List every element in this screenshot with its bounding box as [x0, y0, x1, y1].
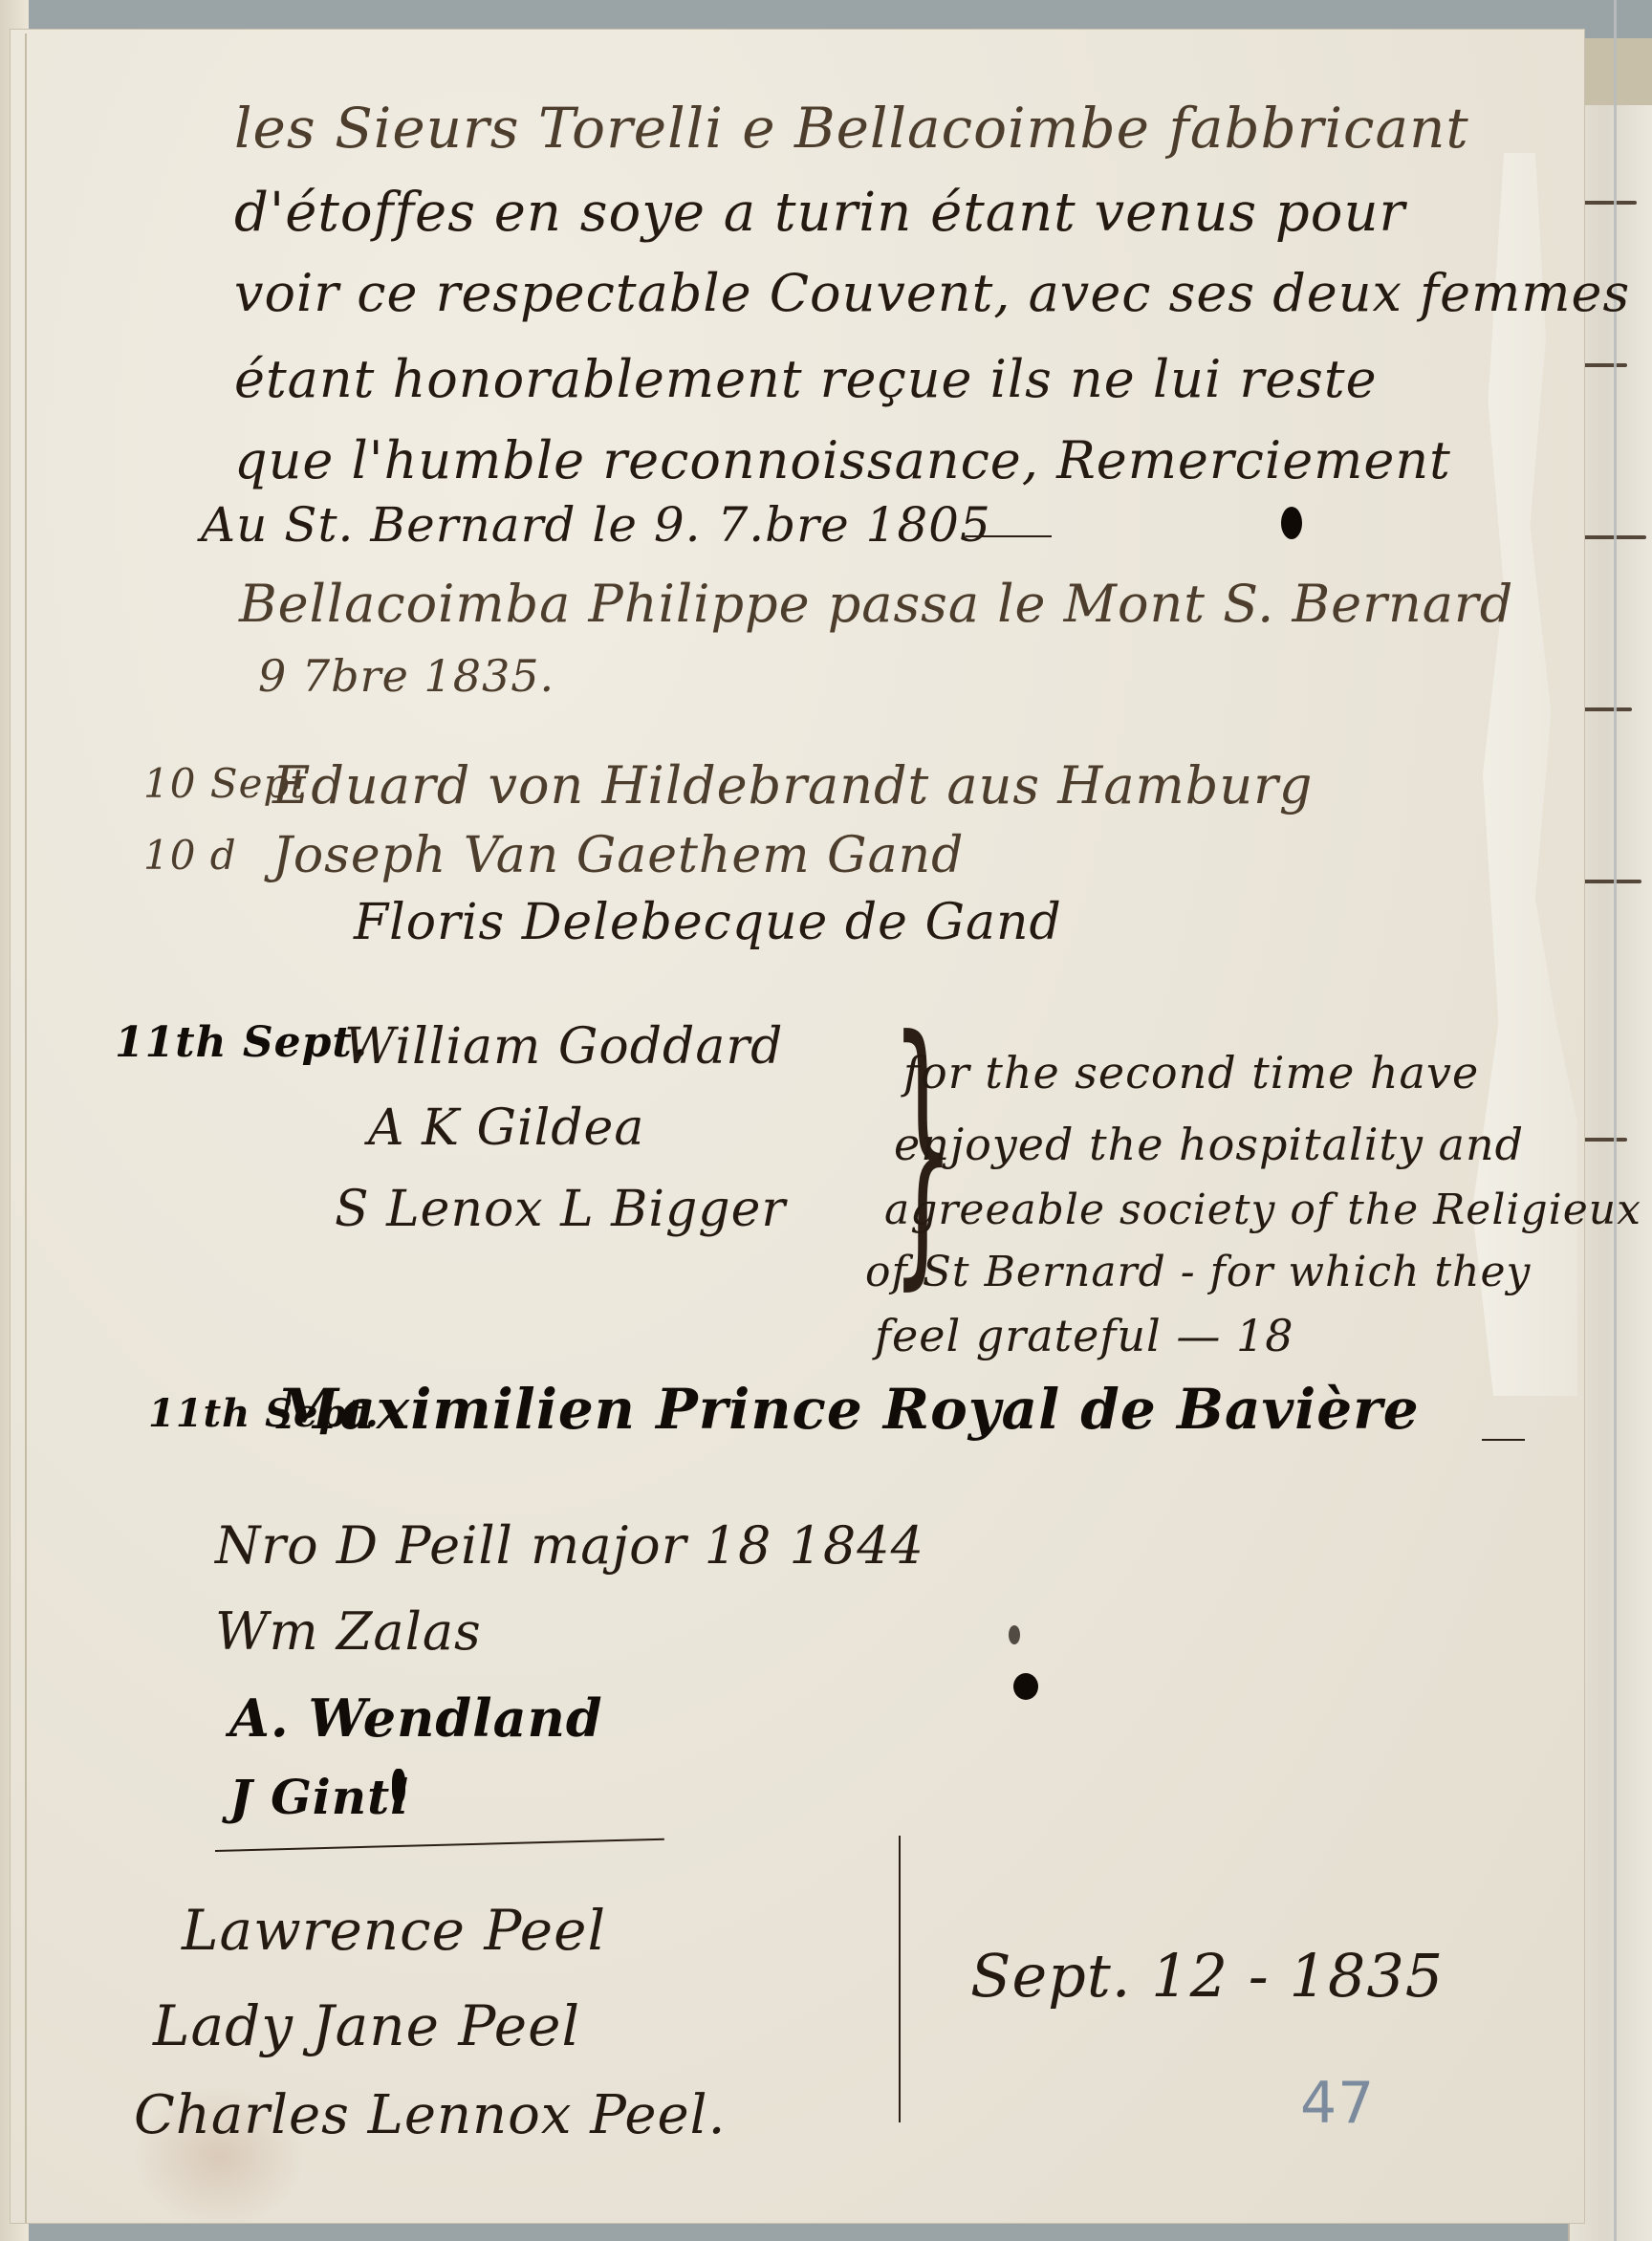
ink-blot	[1281, 507, 1302, 539]
underline-rule	[966, 535, 1052, 537]
entry-8-name-2: Lady Jane Peel	[153, 1993, 580, 2058]
entry-2-line-2: 9 7bre 1835.	[258, 650, 554, 702]
entry-5-name-2: A K Gildea	[368, 1099, 644, 1157]
adjacent-ink-stroke	[1579, 363, 1627, 367]
entry-6-name: Maximilien Prince Royal de Bavière	[277, 1377, 1420, 1442]
entry-7-line-3: A. Wendland	[229, 1687, 603, 1749]
entry-5-name-3: S Lenox L Bigger	[335, 1181, 786, 1238]
entry-7-line-2: Wm Zalas	[215, 1601, 482, 1662]
entry-4-name-2: Floris Delebecque de Gand	[354, 894, 1062, 951]
ink-blot	[1009, 1625, 1020, 1644]
entry-5-note-1: for the second time have	[903, 1047, 1479, 1099]
entry-5-note-2: enjoyed the hospitality and	[894, 1119, 1524, 1170]
vertical-divider-stroke	[899, 1836, 901, 2122]
entry-5-date: 11th Sept.	[115, 1018, 368, 1067]
entry-8-name-3: Charles Lennox Peel.	[134, 2084, 726, 2146]
entry-8-date: Sept. 12 - 1835	[970, 1941, 1444, 2011]
ink-blot	[1013, 1673, 1038, 1700]
entry-1-line-3: voir ce respectable Couvent, avec ses de…	[234, 263, 1630, 323]
adjacent-ink-stroke	[1579, 201, 1637, 205]
ink-blot	[392, 1769, 405, 1803]
entry-4-name-1: Joseph Van Gaethem Gand	[272, 827, 964, 884]
entry-5-note-5: feel grateful — 18	[875, 1310, 1294, 1361]
adjacent-ink-stroke	[1579, 707, 1632, 711]
adjacent-ink-stroke	[1579, 880, 1641, 883]
entry-1-line-1: les Sieurs Torelli e Bellacoimbe fabbric…	[234, 96, 1469, 161]
entry-8-name-1: Lawrence Peel	[182, 1898, 606, 1963]
entry-5-note-4: of St Bernard - for which they	[865, 1248, 1531, 1296]
entry-7-line-4: J Gintl	[229, 1769, 409, 1825]
flourish-rule	[1482, 1439, 1525, 1441]
entry-1-date-line: Au St. Bernard le 9. 7.bre 1805	[201, 497, 991, 553]
entry-1-line-5: que l'humble reconnoissance, Remerciemen…	[234, 430, 1451, 490]
adjacent-ink-stroke	[1579, 1138, 1627, 1142]
entry-3-name: Eduard von Hildebrandt aus Hamburg	[272, 755, 1313, 816]
scanner-guide-line	[1614, 0, 1617, 2241]
adjacent-ink-stroke	[1579, 535, 1646, 539]
page-fold	[11, 33, 27, 2223]
entry-5-note-3: agreeable society of the Religieux	[884, 1186, 1641, 1234]
entry-1-line-4: étant honorablement reçue ils ne lui res…	[234, 349, 1378, 409]
page-number: 47	[1300, 2070, 1375, 2137]
entry-1-line-2: d'étoffes en soye a turin étant venus po…	[234, 182, 1405, 244]
entry-5-name-1: William Goddard	[344, 1018, 783, 1076]
entry-4-date: 10 d	[143, 832, 237, 879]
entry-2-line-1: Bellacoimba Philippe passa le Mont S. Be…	[239, 574, 1513, 634]
entry-7-line-1: Nro D Peill major 18 1844	[215, 1515, 924, 1576]
